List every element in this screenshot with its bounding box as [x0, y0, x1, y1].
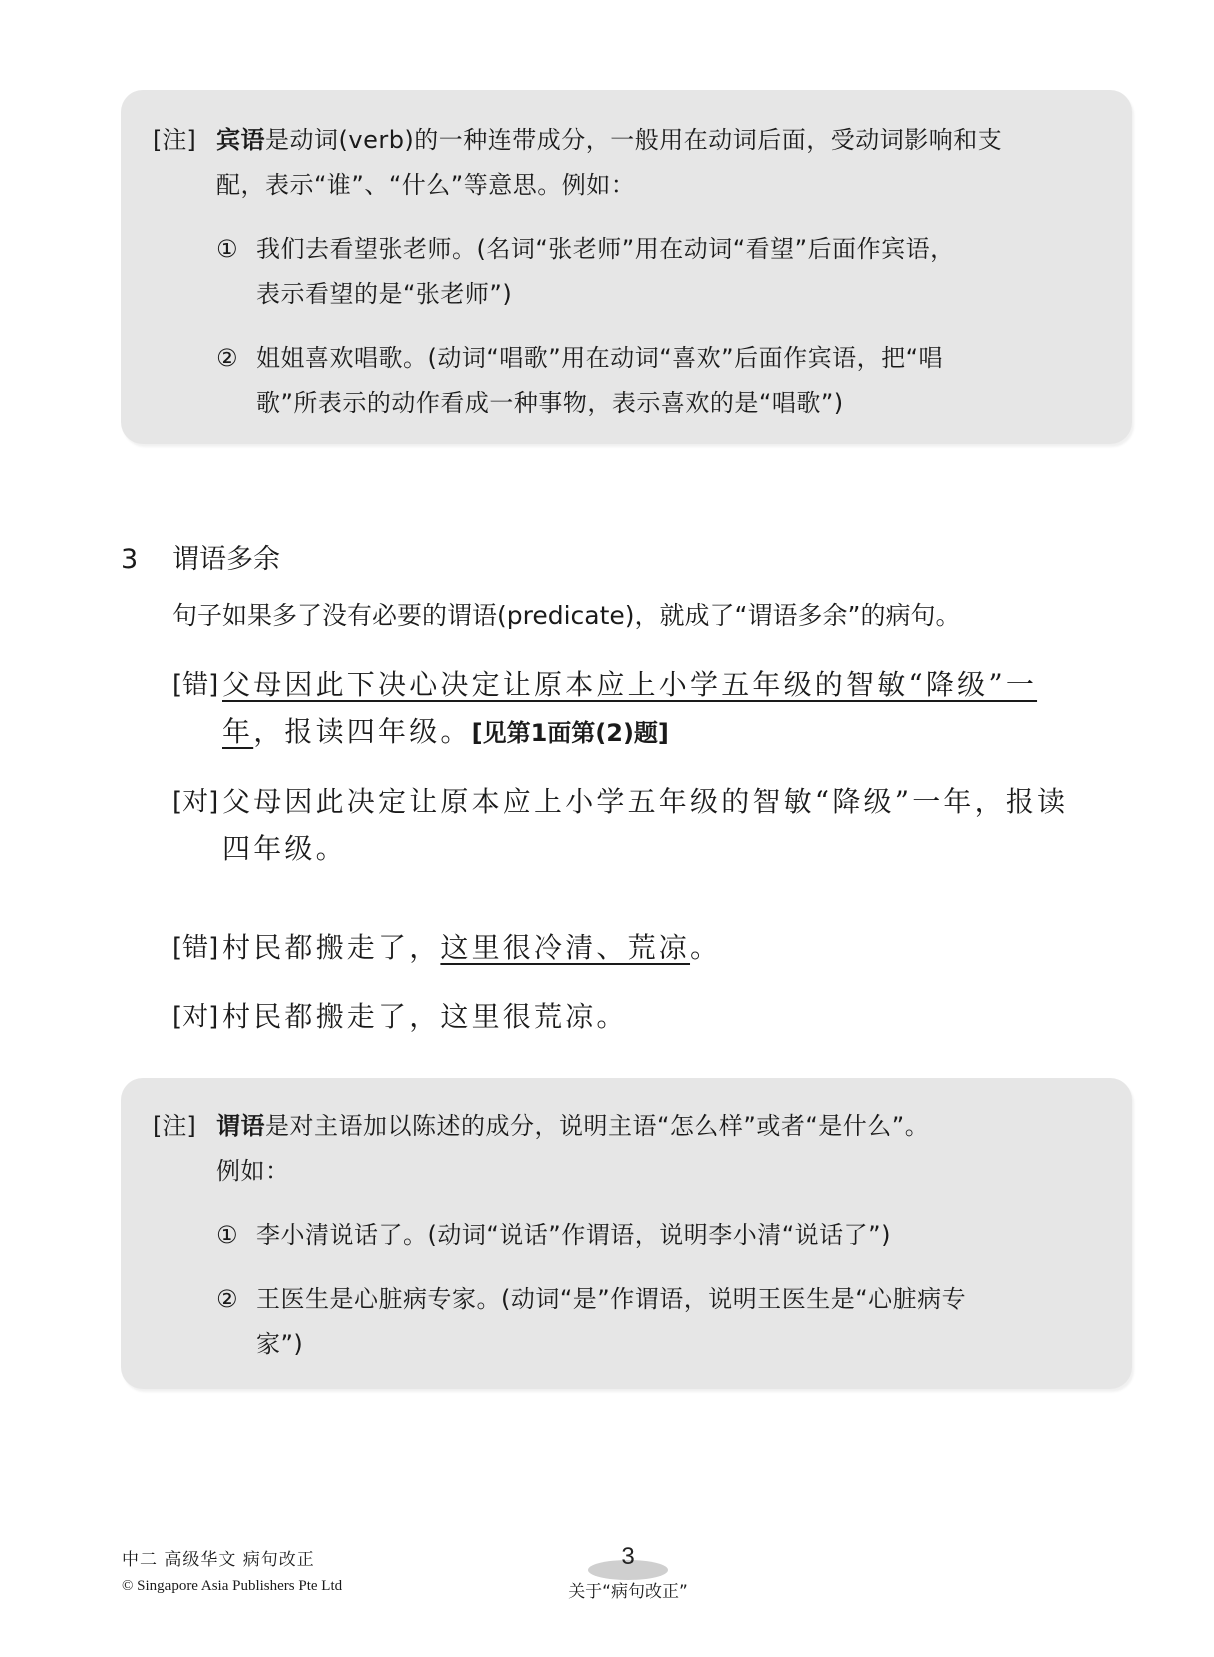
example-marker-1: ①	[216, 227, 238, 271]
example-2-line-2: 家”)	[256, 1322, 303, 1366]
section-number: 3	[121, 540, 138, 580]
example-1-line-1: 我们去看望张老师。(名词“张老师”用在动词“看望”后面作宾语，	[256, 227, 955, 271]
note-tag: [注]	[153, 1104, 196, 1148]
footer-book-title: 中二 高级华文 病句改正	[122, 1548, 315, 1572]
note-term: 谓语	[216, 1112, 265, 1140]
note-definition-line-2: 例如：	[216, 1149, 290, 1193]
note-definition-line-1: 谓语是对主语加以陈述的成分，说明主语“怎么样”或者“是什么”。	[216, 1104, 929, 1148]
note-definition-line-1: 宾语是动词(verb)的一种连带成分，一般用在动词后面，受动词影响和支	[216, 118, 1002, 162]
example-marker-2: ②	[216, 336, 238, 380]
wrong-sentence-prefix: 村民都搬走了，	[222, 931, 440, 964]
note-definition-line-2: 配，表示“谁”、“什么”等意思。例如：	[216, 163, 635, 207]
example-marker-1: ①	[216, 1213, 238, 1257]
wrong-underlined-text: 这里很冷清、荒凉	[440, 931, 690, 964]
example-marker-2: ②	[216, 1277, 238, 1321]
wrong-underlined-text: 年	[222, 715, 253, 748]
wrong-tag: [错]	[172, 662, 218, 708]
note-box-object: [注] 宾语是动词(verb)的一种连带成分，一般用在动词后面，受动词影响和支 …	[121, 90, 1132, 444]
footer-copyright: © Singapore Asia Publishers Pte Ltd	[122, 1576, 342, 1596]
question-reference: [见第1面第(2)题]	[472, 719, 669, 747]
right-sentence-line-1: 父母因此决定让原本应上小学五年级的智敏“降级”一年，报读	[222, 779, 1068, 825]
right-tag: [对]	[172, 994, 218, 1040]
note-definition-text: 是对主语加以陈述的成分，说明主语“怎么样”或者“是什么”。	[265, 1112, 929, 1140]
note-box-predicate: [注] 谓语是对主语加以陈述的成分，说明主语“怎么样”或者“是什么”。 例如： …	[121, 1078, 1132, 1389]
example-2-line-1: 王医生是心脏病专家。(动词“是”作谓语，说明王医生是“心脏病专	[256, 1277, 966, 1321]
example-2-line-1: 姐姐喜欢唱歌。(动词“唱歌”用在动词“喜欢”后面作宾语，把“唱	[256, 336, 943, 380]
wrong-sentence: 村民都搬走了，这里很冷清、荒凉。	[222, 925, 721, 971]
wrong-sentence-line-2: 年，报读四年级。[见第1面第(2)题]	[222, 709, 669, 756]
note-tag: [注]	[153, 118, 196, 162]
section-title: 谓语多余	[172, 540, 280, 580]
section-description: 句子如果多了没有必要的谓语(predicate)，就成了“谓语多余”的病句。	[172, 596, 960, 636]
right-tag: [对]	[172, 779, 218, 825]
wrong-sentence-text: ，报读四年级。	[253, 715, 471, 748]
wrong-tag: [错]	[172, 925, 218, 971]
note-definition-text: 是动词(verb)的一种连带成分，一般用在动词后面，受动词影响和支	[265, 126, 1002, 154]
wrong-sentence-suffix: 。	[690, 931, 721, 964]
example-1-line-2: 表示看望的是“张老师”)	[256, 272, 512, 316]
example-1-line-1: 李小清说话了。(动词“说话”作谓语，说明李小清“说话了”)	[256, 1213, 891, 1257]
page-number: 3	[588, 1542, 668, 1572]
footer-chapter-name: 关于“病句改正”	[548, 1580, 708, 1604]
right-sentence: 村民都搬走了，这里很荒凉。	[222, 994, 628, 1040]
right-sentence-line-2: 四年级。	[222, 826, 347, 872]
note-term: 宾语	[216, 126, 265, 154]
example-2-line-2: 歌”所表示的动作看成一种事物，表示喜欢的是“唱歌”)	[256, 381, 844, 425]
wrong-sentence-line-1: 父母因此下决心决定让原本应上小学五年级的智敏“降级”一	[222, 662, 1037, 708]
